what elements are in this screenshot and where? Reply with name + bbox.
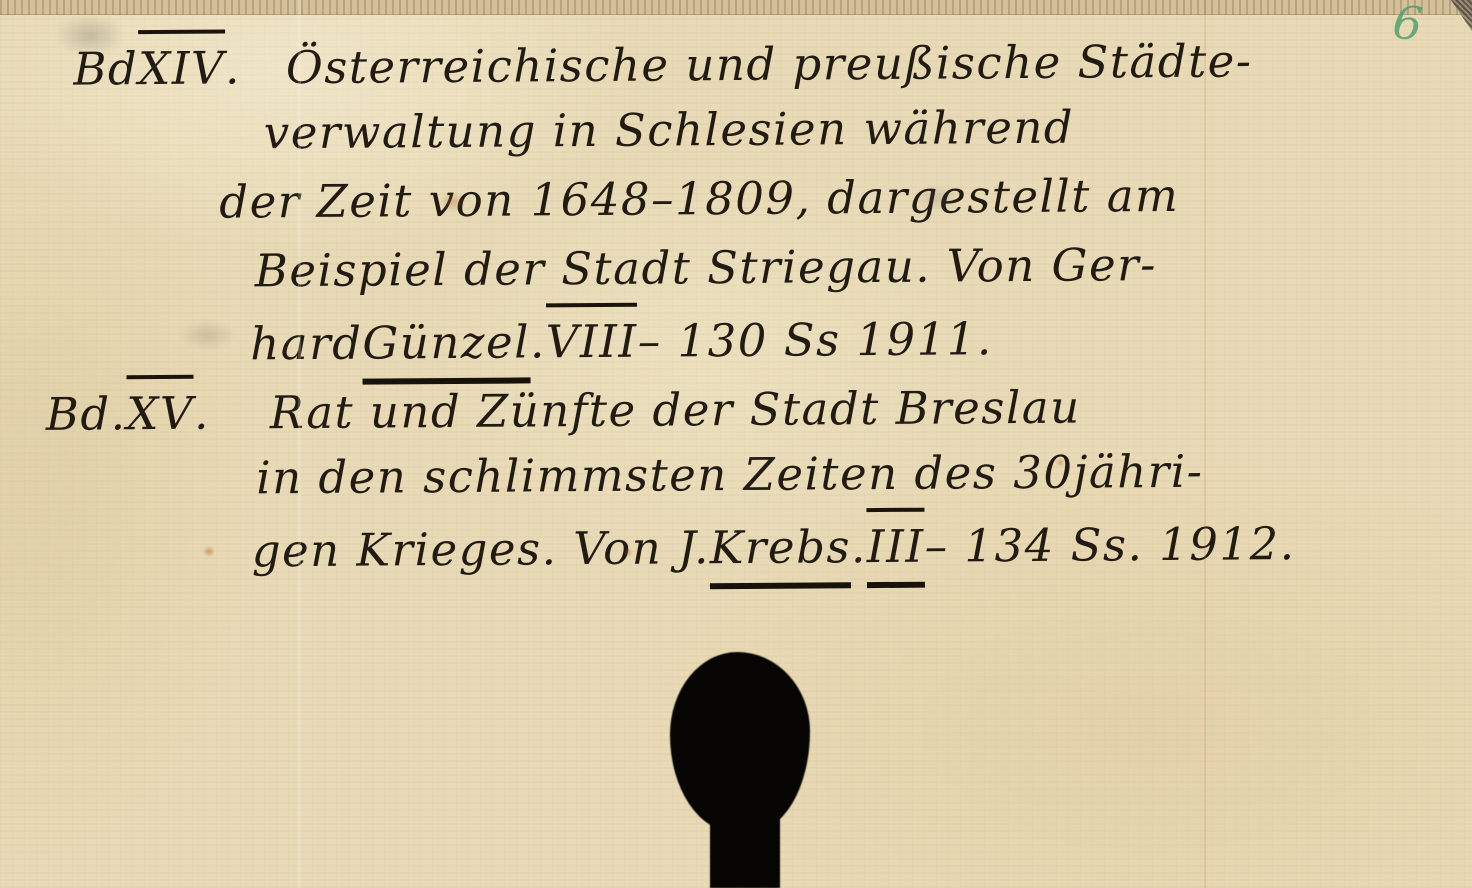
handwritten-text: gen Krieges. Von J. xyxy=(251,513,710,585)
handwritten-text: . xyxy=(851,512,867,581)
manuscript-line: Beispiel der Stadt Striegau. Von Ger- xyxy=(255,228,1472,305)
manuscript-line: Bd. XV.Rat und Zünfte der Stadt Breslau xyxy=(45,366,1472,445)
handwritten-text: – 130 Ss 1911. xyxy=(637,304,993,375)
handwritten-text: Rat und Zünfte der Stadt Breslau xyxy=(270,373,1081,448)
handwritten-text: Bd xyxy=(73,34,138,103)
roman-numeral: VIII xyxy=(546,303,638,377)
handwritten-text: – 134 Ss. 1912. xyxy=(924,509,1295,581)
handwritten-text: . xyxy=(225,33,241,102)
punch-hole-neck xyxy=(697,770,783,820)
handwritten-text: . xyxy=(194,379,210,448)
paper-top-edge xyxy=(0,0,1472,15)
manuscript-line: der Zeit von 1648–1809, dargestellt am xyxy=(219,159,1471,237)
manuscript-line: in den schlimmsten Zeiten des 30jähri- xyxy=(256,435,1472,512)
manuscript-line: hard Günzel. VIII – 130 Ss 1911. xyxy=(250,297,1472,375)
handwritten-catalog-entries: Bd XIV.Österreichische und preußische St… xyxy=(0,21,1472,583)
roman-numeral: XIV xyxy=(138,30,225,104)
handwritten-text: der Zeit von 1648–1809, dargestellt am xyxy=(219,161,1179,237)
underlined-author-name: Krebs xyxy=(710,512,852,589)
manuscript-line: Bd XIV.Österreichische und preußische St… xyxy=(73,21,1470,100)
manuscript-line: verwaltung in Schlesien während xyxy=(264,90,1471,167)
punch-hole-stem xyxy=(710,798,780,888)
underlined-author-name: III xyxy=(867,508,925,588)
handwritten-text: hard xyxy=(250,309,363,379)
handwritten-text: . xyxy=(530,307,546,376)
roman-numeral: XV xyxy=(126,375,194,448)
handwritten-text: Bd. xyxy=(46,379,127,449)
handwritten-text: Beispiel der Stadt Striegau. Von Ger- xyxy=(255,230,1158,305)
punch-hole-head xyxy=(670,652,810,832)
handwritten-text: Österreichische und preußische Städte- xyxy=(286,26,1253,102)
handwritten-text: in den schlimmsten Zeiten des 30jähri- xyxy=(256,437,1204,513)
manuscript-page: 6 Bd XIV.Österreichische und preußische … xyxy=(0,0,1472,888)
manuscript-line: gen Krieges. Von J. Krebs. III – 134 Ss.… xyxy=(251,504,1472,582)
handwritten-text: verwaltung in Schlesien während xyxy=(264,93,1075,168)
